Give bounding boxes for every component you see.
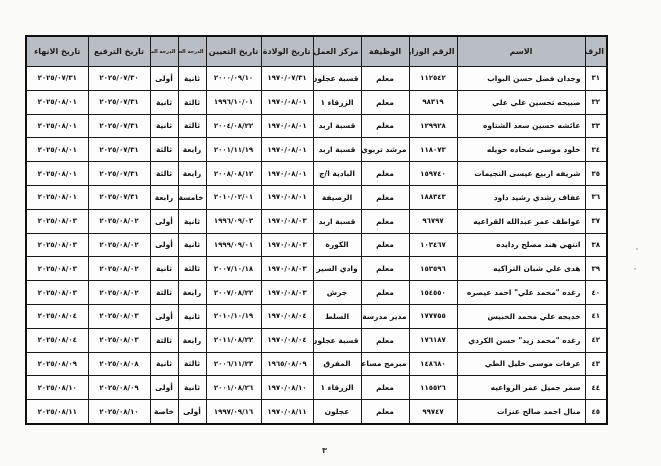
row-ministry-no: ١٤٨٦٨٠ <box>409 352 457 376</box>
scan-speck <box>634 268 636 270</box>
row-end-date: ٢٠٢٥/٠٨/٠٣ <box>26 209 88 233</box>
header-work-center: مركز العمل <box>313 36 361 67</box>
row-promotion-date: ٢٠٢٥/٠٧/٣١ <box>88 114 150 138</box>
row-birth-date: ١٩٧٠/٠٨/٠٣ <box>261 257 313 281</box>
row-current-grade: رابعة <box>178 162 206 186</box>
table-row: ٤٤سمر جميل عمر الرواعيه١١٥٥٢٦معلمالزرقاء… <box>26 376 607 400</box>
row-appointment-date: ١٩٩٦/٠٩/٠٣ <box>206 209 261 233</box>
row-new-grade: أولى <box>150 67 178 91</box>
row-seq: ٤١ <box>585 304 607 328</box>
row-seq: ٣٤ <box>585 138 607 162</box>
row-end-date: ٢٠٢٥/٠٨/٠١ <box>26 138 88 162</box>
row-end-date: ٢٠٢٥/٠٨/٠٤ <box>26 304 88 328</box>
row-ministry-no: ١٥٩٧٤٠ <box>409 162 457 186</box>
row-end-date: ٢٠٢٥/٠٨/٠١ <box>26 114 88 138</box>
row-seq: ٣٩ <box>585 257 607 281</box>
row-appointment-date: ٢٠٠٨/٠٨/١٢ <box>206 162 261 186</box>
row-work-center: جرش <box>313 281 361 305</box>
row-seq: ٣٧ <box>585 209 607 233</box>
header-job: الوظيفة <box>361 36 409 67</box>
row-end-date: ٢٠٢٥/٠٨/٠٩ <box>26 352 88 376</box>
table-row: ٣٩هدى علي شبان التراكيه١٥٣٥٩٦معلموادي ال… <box>26 257 607 281</box>
row-appointment-date: ٢٠٠٧/٠٨/٢٢ <box>206 281 261 305</box>
row-promotion-date: ٢٠٢٥/٠٨/٠٢ <box>88 281 150 305</box>
row-new-grade: رابعة <box>150 185 178 209</box>
table-row: ٣٤خلود موسى شحاده حويله١١٨٠٧٣مرشد تربويق… <box>26 138 607 162</box>
row-ministry-no: ٩٨٣١٩ <box>409 90 457 114</box>
table-row: ٣٢صبيحه تحسين علي علي٩٨٣١٩معلمالزرقاء ١١… <box>26 90 607 114</box>
table-row: ٤١خديجه علي محمد الحبيس١٧٧٧٥٥مدير مدرسةا… <box>26 304 607 328</box>
row-appointment-date: ٢٠١١/٠٨/٢٢ <box>206 328 261 352</box>
row-current-grade: ثالثة <box>178 352 206 376</box>
row-new-grade: ثانية <box>150 114 178 138</box>
row-work-center: الزرقاء ١ <box>313 376 361 400</box>
row-promotion-date: ٢٠٢٥/٠٨/٠٣ <box>88 328 150 352</box>
row-promotion-date: ٢٠٢٥/٠٧/٣١ <box>88 162 150 186</box>
row-work-center: قسبة اربد <box>313 138 361 162</box>
row-name: عفاف رشدي رشيد داود <box>457 185 585 209</box>
row-new-grade: ثالثة <box>150 328 178 352</box>
table-row: ٣٥شريفه اربيع عيسى النجيمات١٥٩٧٤٠معلمالب… <box>26 162 607 186</box>
row-name: انتهي هند مصلح ردايده <box>457 233 585 257</box>
row-work-center: قسبة عجلون <box>313 67 361 91</box>
row-work-center: البادية ا/ج <box>313 162 361 186</box>
row-birth-date: ١٩٧٠/٠٨/٠٣ <box>261 209 313 233</box>
row-work-center: الكورة <box>313 233 361 257</box>
row-name: رغده "محمد زيد" حسن الكردي <box>457 328 585 352</box>
row-appointment-date: ١٩٩٦/١٠/٠١ <box>206 90 261 114</box>
row-current-grade: رابعة <box>178 281 206 305</box>
row-new-grade: أولى <box>150 304 178 328</box>
row-appointment-date: ٢٠٠٤/٠٨/٢٢ <box>206 114 261 138</box>
table-row: ٣٨انتهي هند مصلح ردايده١٠٣٤٦٧معلمالكورة١… <box>26 233 607 257</box>
row-current-grade: ثالثة <box>178 257 206 281</box>
row-end-date: ٢٠٢٥/٠٨/٠١ <box>26 162 88 186</box>
row-ministry-no: ٩٩٧٤٧ <box>409 400 457 424</box>
row-seq: ٣١ <box>585 67 607 91</box>
row-name: سمر جميل عمر الرواعيه <box>457 376 585 400</box>
row-job: معلم <box>361 257 409 281</box>
row-work-center: قسبة اربد <box>313 209 361 233</box>
row-name: خلود موسى شحاده حويله <box>457 138 585 162</box>
row-work-center: المفرق <box>313 352 361 376</box>
row-birth-date: ١٩٧٠/٠٨/١٠ <box>261 376 313 400</box>
row-birth-date: ١٩٧٠/٠٨/٠١ <box>261 185 313 209</box>
row-birth-date: ١٩٧٠/٠٨/٠٣ <box>261 281 313 305</box>
row-appointment-date: ٢٠٠٧/١٠/١٨ <box>206 257 261 281</box>
row-ministry-no: ١٥٤٥٥٠ <box>409 281 457 305</box>
row-promotion-date: ٢٠٢٥/٠٨/٠٢ <box>88 233 150 257</box>
row-end-date: ٢٠٢٥/٠٨/١١ <box>26 400 88 424</box>
row-birth-date: ١٩٧٠/٠٨/٠١ <box>261 162 313 186</box>
row-end-date: ٢٠٢٥/٠٧/٣١ <box>26 67 88 91</box>
row-promotion-date: ٢٠٢٥/٠٨/٠٢ <box>88 257 150 281</box>
header-current-grade: الدرجة الحالية <box>178 36 206 67</box>
row-appointment-date: ٢٠٠٠/٠٩/١٠ <box>206 67 261 91</box>
row-seq: ٣٦ <box>585 185 607 209</box>
row-birth-date: ١٩٧٠/٠٨/٠١ <box>261 114 313 138</box>
header-end-date: تاريخ الانهاء <box>26 36 88 67</box>
row-promotion-date: ٢٠٢٥/٠٧/٣١ <box>88 90 150 114</box>
row-birth-date: ١٩٧٠/٠٨/١١ <box>261 400 313 424</box>
row-birth-date: ١٩٧٠/٠٨/٠٤ <box>261 328 313 352</box>
row-seq: ٣٨ <box>585 233 607 257</box>
row-seq: ٣٥ <box>585 162 607 186</box>
header-appointment-date: تاريخ التعيين <box>206 36 261 67</box>
header-birth-date: تاريخ الولادة <box>261 36 313 67</box>
promotion-table-sheet: الرقم الاسم الرقم الوزاري الوظيفة مركز ا… <box>25 35 606 425</box>
row-ministry-no: ١١٨٠٧٣ <box>409 138 457 162</box>
row-current-grade: رابعة <box>178 138 206 162</box>
row-job: معلم <box>361 328 409 352</box>
row-current-grade: ثانية <box>178 67 206 91</box>
table-header-row: الرقم الاسم الرقم الوزاري الوظيفة مركز ا… <box>26 36 607 67</box>
row-promotion-date: ٢٠٢٥/٠٧/٣٠ <box>88 67 150 91</box>
table-row: ٤٣عرفات موسى خليل الطي١٤٨٦٨٠مبرمج مساعدا… <box>26 352 607 376</box>
row-ministry-no: ١٥٣٥٩٦ <box>409 257 457 281</box>
row-job: معلم <box>361 67 409 91</box>
row-seq: ٣٢ <box>585 90 607 114</box>
row-birth-date: ١٩٧٠/٠٨/٠١ <box>261 90 313 114</box>
row-seq: ٤٣ <box>585 352 607 376</box>
row-work-center: وادي السير <box>313 257 361 281</box>
row-ministry-no: ١٨٨٣٤٣ <box>409 185 457 209</box>
table-row: ٤٢رغده "محمد زيد" حسن الكردي١٧٦١٨٧معلمقس… <box>26 328 607 352</box>
header-promotion-date: تاريخ الترفيع <box>88 36 150 67</box>
row-appointment-date: ٢٠٠٦/١١/٢٣ <box>206 352 261 376</box>
row-appointment-date: ٢٠١٠/١٠/١٩ <box>206 304 261 328</box>
row-job: معلم <box>361 233 409 257</box>
row-birth-date: ١٩٧٠/٠٨/٠١ <box>261 138 313 162</box>
row-current-grade: ثانية <box>178 376 206 400</box>
table-row: ٤٠رغده "محمد علي" احمد عيصره١٥٤٥٥٠معلمجر… <box>26 281 607 305</box>
header-name: الاسم <box>457 36 585 67</box>
row-current-grade: ثالثة <box>178 90 206 114</box>
header-ministry-no: الرقم الوزاري <box>409 36 457 67</box>
row-new-grade: ثالثة <box>150 281 178 305</box>
row-promotion-date: ٢٠٢٥/٠٧/٣١ <box>88 138 150 162</box>
row-job: معلم <box>361 376 409 400</box>
row-end-date: ٢٠٢٥/٠٨/٠٣ <box>26 233 88 257</box>
header-new-grade: الدرجة المستحقة <box>150 36 178 67</box>
row-ministry-no: ١١٥٥٢٦ <box>409 376 457 400</box>
row-current-grade: رابعة <box>178 328 206 352</box>
row-promotion-date: ٢٠٢٥/٠٨/٠٨ <box>88 352 150 376</box>
row-job: معلم <box>361 90 409 114</box>
row-job: معلم <box>361 400 409 424</box>
row-name: وجدان فضل حسن البواب <box>457 67 585 91</box>
row-promotion-date: ٢٠٢٥/٠٨/٠٢ <box>88 209 150 233</box>
row-name: عائشه حسين سعد الشتاوه <box>457 114 585 138</box>
row-promotion-date: ٢٠٢٥/٠٨/٠٩ <box>88 376 150 400</box>
row-job: معلم <box>361 281 409 305</box>
employee-promotion-table: الرقم الاسم الرقم الوزاري الوظيفة مركز ا… <box>25 35 608 425</box>
row-work-center: عجلون <box>313 400 361 424</box>
row-ministry-no: ١٧٦١٨٧ <box>409 328 457 352</box>
row-appointment-date: ٢٠٠١/١١/١٩ <box>206 138 261 162</box>
row-ministry-no: ١٧٧٧٥٥ <box>409 304 457 328</box>
row-name: رغده "محمد علي" احمد عيصره <box>457 281 585 305</box>
row-end-date: ٢٠٢٥/٠٨/٠٣ <box>26 257 88 281</box>
row-end-date: ٢٠٢٥/٠٨/٠١ <box>26 185 88 209</box>
row-new-grade: خاصة <box>150 400 178 424</box>
row-promotion-date: ٢٠٢٥/٠٨/١٠ <box>88 400 150 424</box>
row-new-grade: ثالثة <box>150 162 178 186</box>
row-name: هدى علي شبان التراكيه <box>457 257 585 281</box>
table-row: ٣٦عفاف رشدي رشيد داود١٨٨٣٤٣معلمالرصيفة١٩… <box>26 185 607 209</box>
table-body: ٣١وجدان فضل حسن البواب١١٢٥٤٢معلمقسبة عجل… <box>26 67 607 424</box>
row-promotion-date: ٢٠٢٥/٠٨/٠٣ <box>88 304 150 328</box>
row-work-center: الزرقاء ١ <box>313 90 361 114</box>
row-birth-date: ١٩٧٠/٠٨/٠٤ <box>261 304 313 328</box>
table-row: ٣١وجدان فضل حسن البواب١١٢٥٤٢معلمقسبة عجل… <box>26 67 607 91</box>
table-row: ٣٧عواطف عمر عبدالله القراعيه٩٦٧٩٧معلمقسب… <box>26 209 607 233</box>
row-new-grade: أولى <box>150 209 178 233</box>
row-seq: ٤٠ <box>585 281 607 305</box>
row-birth-date: ١٩٧٠/٠٨/٠٣ <box>261 233 313 257</box>
row-name: صبيحه تحسين علي علي <box>457 90 585 114</box>
row-ministry-no: ١٢٩٩٢٨ <box>409 114 457 138</box>
row-seq: ٤٤ <box>585 376 607 400</box>
row-end-date: ٢٠٢٥/٠٨/٠١ <box>26 90 88 114</box>
row-job: معلم <box>361 185 409 209</box>
row-ministry-no: ٩٦٧٩٧ <box>409 209 457 233</box>
row-end-date: ٢٠٢٥/٠٨/٠٤ <box>26 328 88 352</box>
row-job: معلم <box>361 162 409 186</box>
row-ministry-no: ١٠٣٤٦٧ <box>409 233 457 257</box>
row-current-grade: ثانية <box>178 304 206 328</box>
row-current-grade: أولى <box>178 400 206 424</box>
table-row: ٣٣عائشه حسين سعد الشتاوه١٢٩٩٢٨معلمقسبة ا… <box>26 114 607 138</box>
row-appointment-date: ١٩٩٧/٠٩/١٦ <box>206 400 261 424</box>
row-seq: ٣٣ <box>585 114 607 138</box>
row-work-center: قسبة اربد <box>313 114 361 138</box>
row-work-center: الرصيفة <box>313 185 361 209</box>
row-name: شريفه اربيع عيسى النجيمات <box>457 162 585 186</box>
scan-speck <box>636 248 638 250</box>
row-name: منال احمد صالح عنزات <box>457 400 585 424</box>
row-promotion-date: ٢٠٢٥/٠٧/٣١ <box>88 185 150 209</box>
row-current-grade: خامسة <box>178 185 206 209</box>
row-seq: ٤٢ <box>585 328 607 352</box>
row-new-grade: ثالثة <box>150 138 178 162</box>
row-name: عواطف عمر عبدالله القراعيه <box>457 209 585 233</box>
row-ministry-no: ١١٢٥٤٢ <box>409 67 457 91</box>
row-job: مدير مدرسة <box>361 304 409 328</box>
row-birth-date: ١٩٧٠/٠٧/٣١ <box>261 67 313 91</box>
row-new-grade: ثانية <box>150 257 178 281</box>
row-work-center: السلط <box>313 304 361 328</box>
row-name: عرفات موسى خليل الطي <box>457 352 585 376</box>
row-current-grade: ثالثة <box>178 114 206 138</box>
row-end-date: ٢٠٢٥/٠٨/٠٣ <box>26 281 88 305</box>
row-work-center: قسبة عجلون <box>313 328 361 352</box>
row-appointment-date: ٢٠٠١/٠٨/٢٦ <box>206 376 261 400</box>
row-job: معلم <box>361 209 409 233</box>
row-new-grade: ثانية <box>150 352 178 376</box>
row-new-grade: أولى <box>150 376 178 400</box>
row-birth-date: ١٩٦٥/٠٨/٠٩ <box>261 352 313 376</box>
row-job: معلم <box>361 114 409 138</box>
page-number: ٣ <box>322 446 327 455</box>
row-new-grade: أولى <box>150 233 178 257</box>
row-appointment-date: ٢٠١٠/٠٢/٠١ <box>206 185 261 209</box>
row-job: مرشد تربوي <box>361 138 409 162</box>
row-current-grade: ثانية <box>178 233 206 257</box>
row-appointment-date: ١٩٩٩/٠٩/٠١ <box>206 233 261 257</box>
table-row: ٤٥منال احمد صالح عنزات٩٩٧٤٧معلمعجلون١٩٧٠… <box>26 400 607 424</box>
row-seq: ٤٥ <box>585 400 607 424</box>
row-name: خديجه علي محمد الحبيس <box>457 304 585 328</box>
row-job: مبرمج مساعد <box>361 352 409 376</box>
row-new-grade: ثانية <box>150 90 178 114</box>
row-current-grade: ثانية <box>178 209 206 233</box>
row-end-date: ٢٠٢٥/٠٨/١٠ <box>26 376 88 400</box>
header-seq: الرقم <box>585 36 607 67</box>
